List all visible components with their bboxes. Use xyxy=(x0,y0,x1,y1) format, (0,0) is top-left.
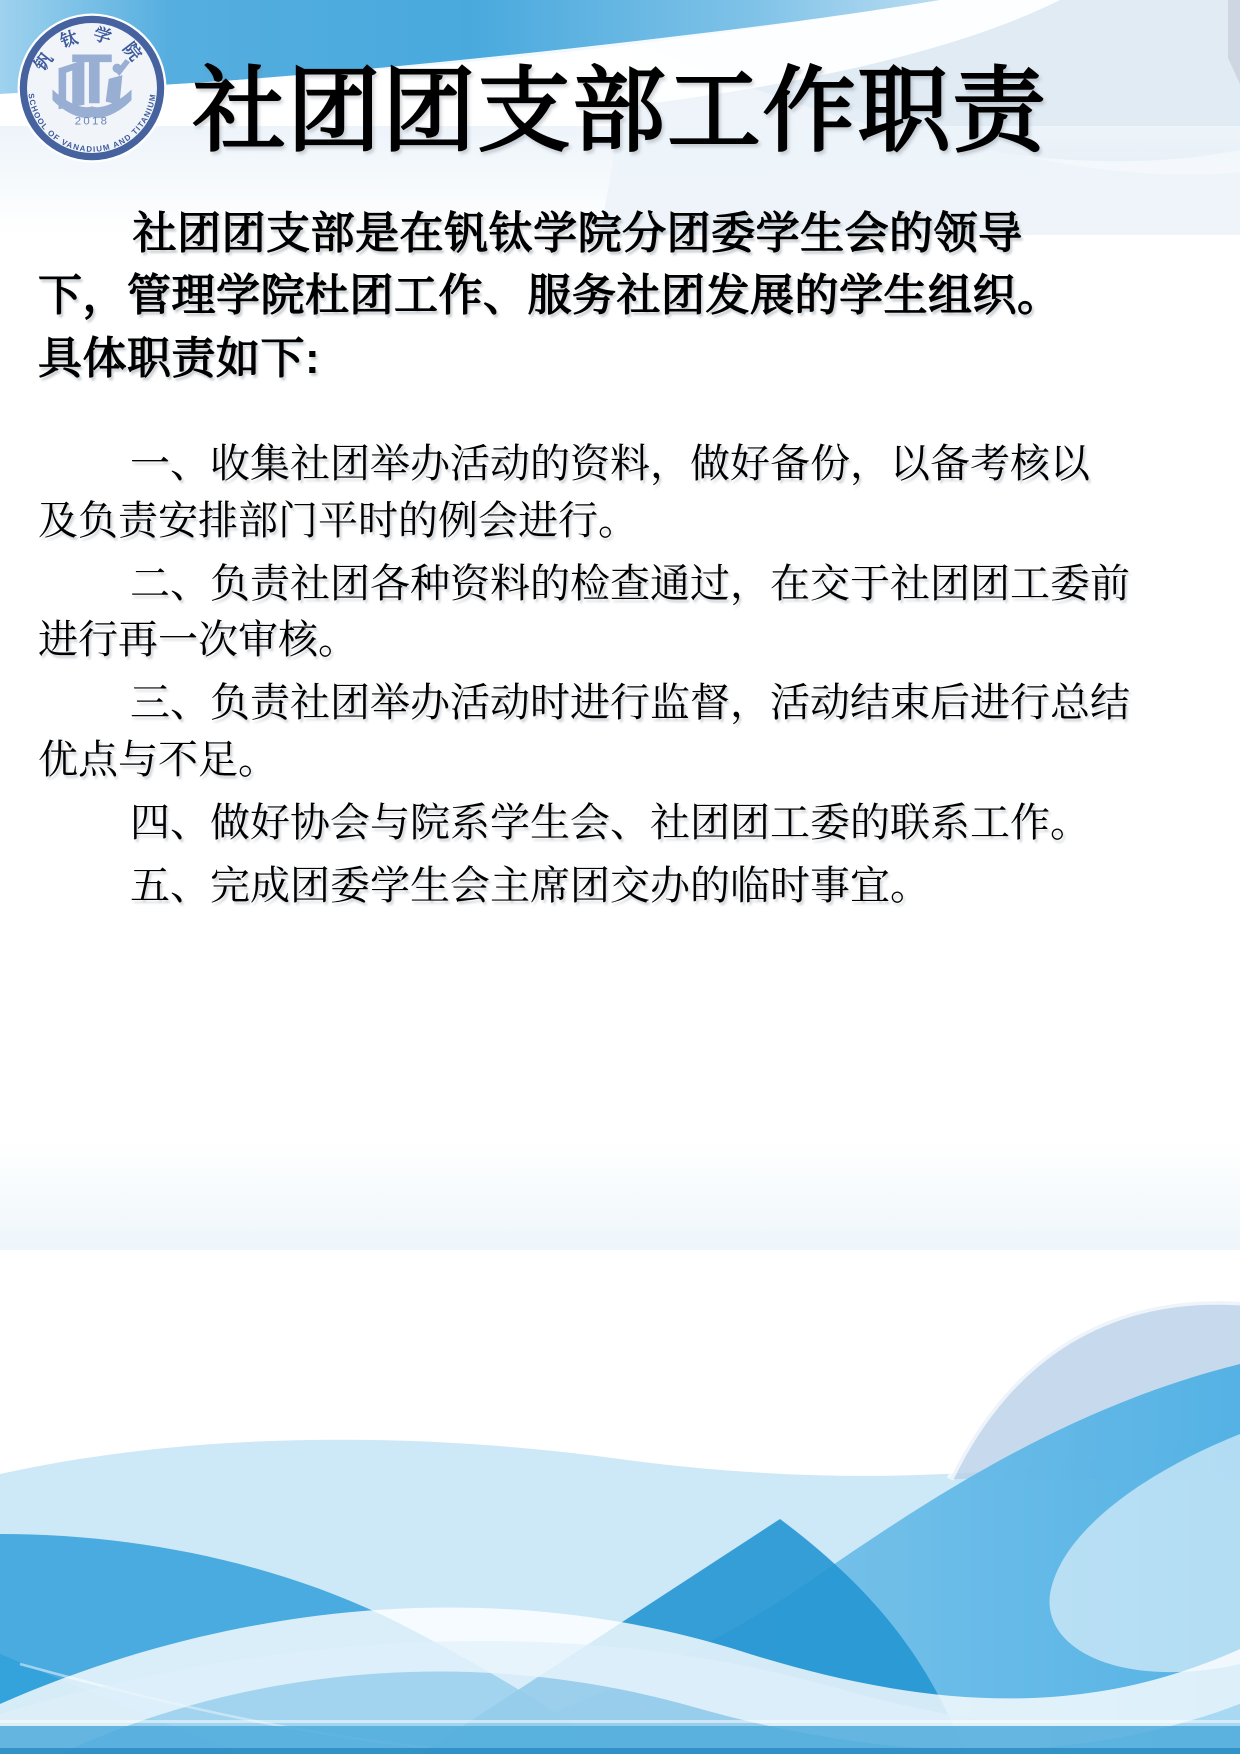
bottom-fade-band xyxy=(0,1140,1240,1250)
logo-year-text: 2018 xyxy=(75,115,109,127)
bottom-wave-decoration xyxy=(0,1234,1240,1754)
duty-item-2: 二、负责社团各种资料的检查通过，在交于社团团工委前 进行再一次审核。 xyxy=(38,556,1202,670)
school-logo-badge: 钒钛学院 2018 SCHOOL OF VANADIUM AND TITANIU… xyxy=(16,12,168,164)
intro-paragraph: 社团团支部是在钒钛学院分团委学生会的领导 下，管理学院杜团工作、服务社团发展的学… xyxy=(38,203,1202,390)
poster-content: 社团团支部工作职责 社团团支部是在钒钛学院分团委学生会的领导 下，管理学院杜团工… xyxy=(0,0,1240,914)
duty-item-1: 一、收集社团举办活动的资料，做好备份，以备考核以 及负责安排部门平时的例会进行。 xyxy=(38,436,1202,550)
duty-item-5: 五、完成团委学生会主席团交办的临时事宜。 xyxy=(38,858,1202,915)
poster-page: { "page_title": "社团团支部工作职责", "logo": { "… xyxy=(0,0,1240,1754)
duty-item-4: 四、做好协会与院系学生会、社团团工委的联系工作。 xyxy=(38,795,1202,852)
duties-list: 一、收集社团举办活动的资料，做好备份，以备考核以 及负责安排部门平时的例会进行。… xyxy=(38,436,1202,914)
page-title: 社团团支部工作职责 xyxy=(38,0,1202,163)
duty-item-3: 三、负责社团举办活动时进行监督，活动结束后进行总结 优点与不足。 xyxy=(38,675,1202,789)
